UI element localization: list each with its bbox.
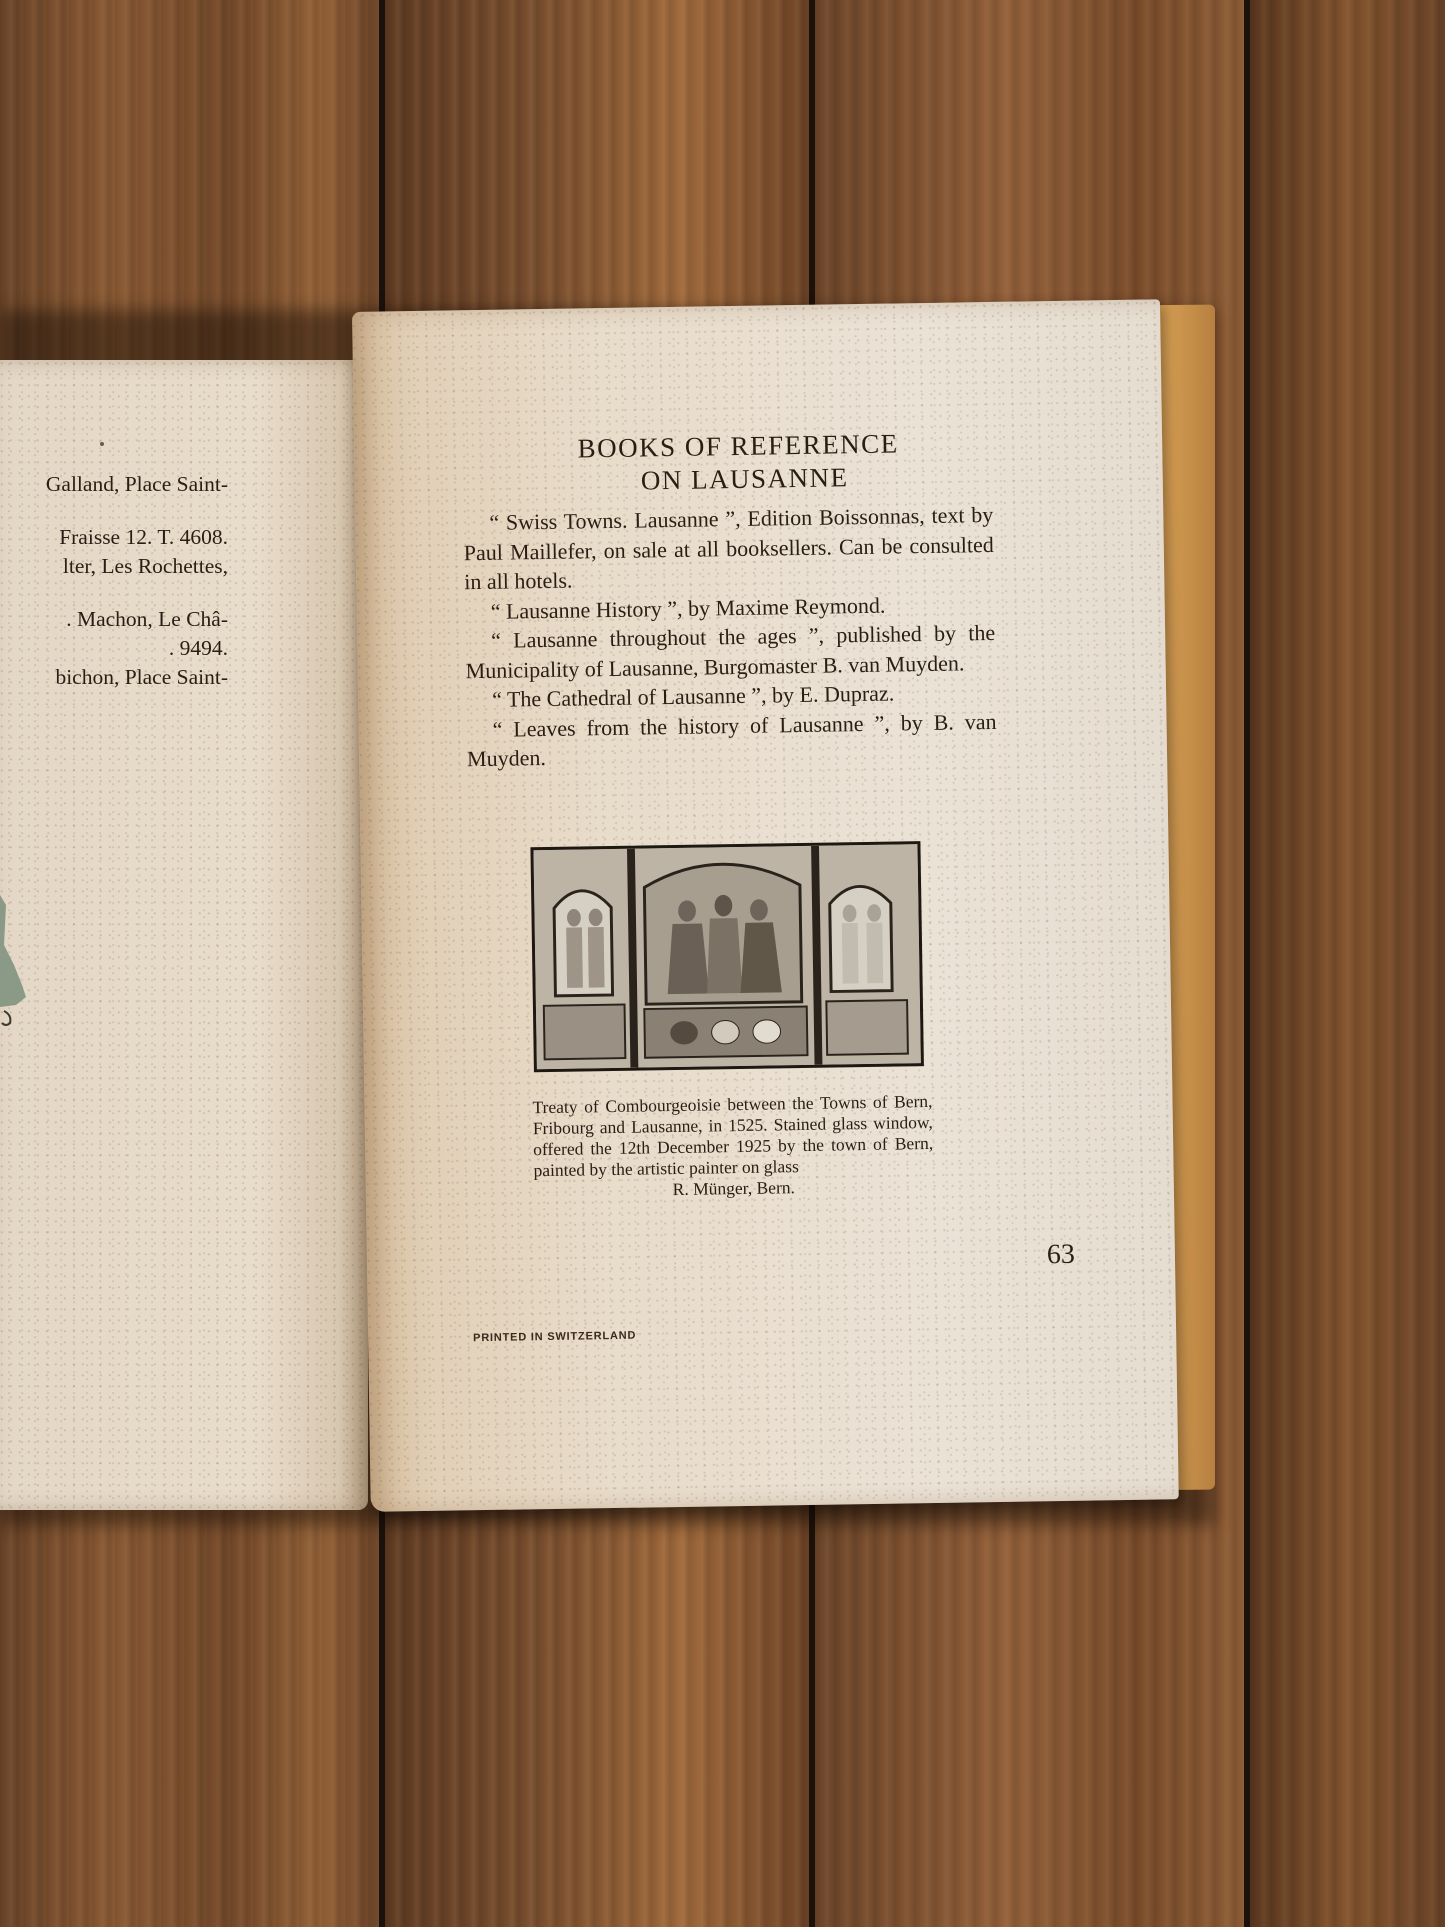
right-page: BOOKS OF REFERENCE ON LAUSANNE “ Swiss T… <box>352 299 1179 1512</box>
left-page: Galland, Place Saint- Fraisse 12. T. 460… <box>0 360 368 1510</box>
figure-caption: Treaty of Combourgeoisie between the Tow… <box>532 1091 934 1202</box>
reference-item: “ Leaves from the history of Lausanne ”,… <box>466 706 997 773</box>
left-line: lter, Les Rochettes, <box>0 552 228 581</box>
page-number: 63 <box>1047 1239 1075 1271</box>
reference-item: “ Lausanne throughout the ages ”, publis… <box>465 618 996 685</box>
left-line: bichon, Place Saint- <box>0 663 228 692</box>
left-line: Fraisse 12. T. 4608. <box>0 523 228 552</box>
left-line: . Machon, Le Châ- <box>0 605 228 634</box>
left-page-text: Galland, Place Saint- Fraisse 12. T. 460… <box>0 470 228 692</box>
plank <box>1250 0 1445 1927</box>
printer-imprint: PRINTED IN SWITZERLAND <box>473 1330 636 1345</box>
left-line: Galland, Place Saint- <box>0 470 228 499</box>
caption-body: Treaty of Combourgeoisie between the Tow… <box>532 1091 933 1180</box>
print-dot <box>100 442 104 446</box>
reference-item: “ Swiss Towns. Lausanne ”, Edition Boiss… <box>463 500 994 597</box>
left-line: . 9494. <box>0 634 228 663</box>
reference-list: “ Swiss Towns. Lausanne ”, Edition Boiss… <box>463 500 997 774</box>
green-drawing-fragment <box>0 885 40 1035</box>
stained-glass-illustration <box>530 841 923 1072</box>
